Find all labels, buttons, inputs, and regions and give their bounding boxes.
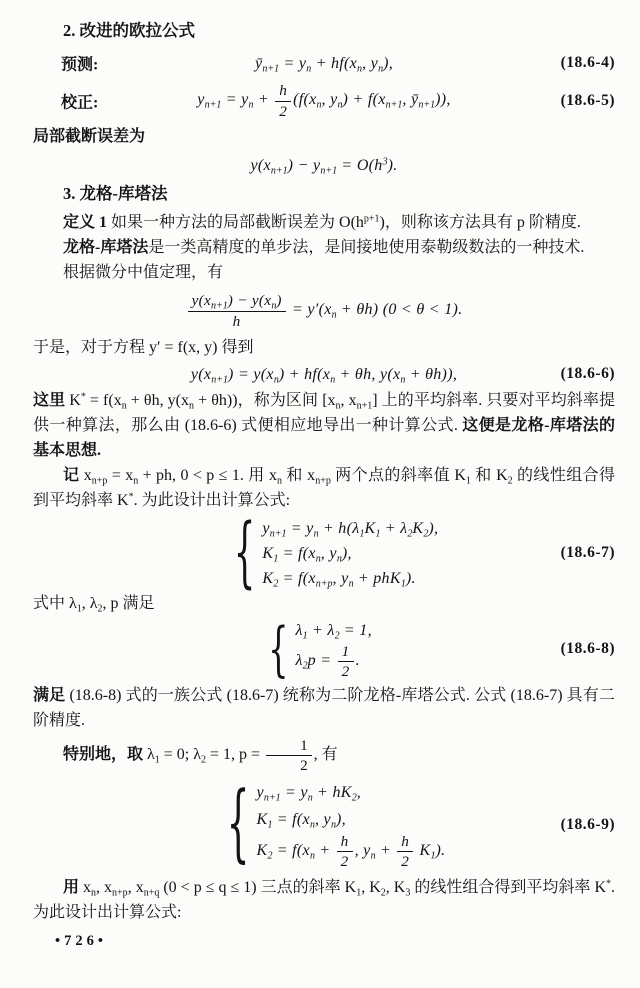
paragraph-mean-value-theorem: 根据微分中值定理，有 bbox=[33, 260, 615, 285]
runge-kutta-intro-text: 是一类高精度的单步法，是间接地使用泰勒级数法的一种技术. bbox=[148, 239, 584, 256]
paragraph-special-case: 特别地，取 λ1 = 0; λ2 = 1, p = 12, 有 bbox=[33, 737, 615, 775]
formula-mean-value: y(xn+1) − y(xn)h = y′(xn + θh) (0 < θ < … bbox=[186, 292, 463, 330]
cases-18-6-9: { yn+1 = yn + hK2, K1 = f(xn, yn), K2 = … bbox=[227, 779, 446, 871]
paragraph-second-order: 满足 (18.6-8) 式的一族公式 (18.6-7) 统称为二阶龙格-库塔公式… bbox=[33, 683, 615, 733]
formula-18-6-7-line1: yn+1 = yn + h(λ1K1 + λ2K2), bbox=[262, 516, 438, 541]
formula-18-6-9-line3: K2 = f(xn + h2, yn + h2 K1). bbox=[256, 833, 445, 871]
case-lines-18-6-8: λ1 + λ2 = 1, λ2p = 12. bbox=[295, 618, 371, 681]
book-page: 2. 改进的欧拉公式 预测: ȳn+1 = yn + hf(xn, yn), (… bbox=[0, 0, 640, 988]
runge-kutta-term: 龙格-库塔法 bbox=[63, 239, 148, 256]
formula-row-predict: 预测: ȳn+1 = yn + hf(xn, yn), (18.6-4) bbox=[33, 48, 615, 78]
formula-18-6-9-line1: yn+1 = yn + hK2, bbox=[256, 779, 445, 806]
formula-18-6-9-line2: K1 = f(xn, yn), bbox=[256, 806, 445, 833]
equation-tag-18-6-7: (18.6-7) bbox=[561, 544, 615, 562]
display-truncation-error: y(xn+1) − yn+1 = O(h3). bbox=[33, 151, 615, 179]
second-order-text: (18.6-8) 式的一族公式 (18.6-7) 统称为二阶龙格-库塔公式. 公… bbox=[33, 687, 615, 729]
equation-tag-18-6-9: (18.6-9) bbox=[561, 816, 615, 834]
paragraph-runge-kutta-intro: 龙格-库塔法是一类高精度的单步法，是间接地使用泰勒级数法的一种技术. bbox=[33, 235, 615, 260]
paragraph-three-point-slope: 用 xn, xn+p, xn+q (0 < p ≤ q ≤ 1) 三点的斜率 K… bbox=[33, 875, 615, 925]
cases-18-6-7: { yn+1 = yn + h(λ1K1 + λ2K2), K1 = f(xn,… bbox=[234, 516, 439, 591]
formula-18-6-7-line2: K1 = f(xn, yn), bbox=[262, 541, 438, 566]
case-lines-18-6-7: yn+1 = yn + h(λ1K1 + λ2K2), K1 = f(xn, y… bbox=[262, 516, 438, 591]
system-18-6-7: { yn+1 = yn + h(λ1K1 + λ2K2), K1 = f(xn,… bbox=[33, 515, 615, 591]
special-case-lead: 特别地，取 bbox=[63, 746, 143, 763]
cases-18-6-8: { λ1 + λ2 = 1, λ2p = 12. bbox=[268, 618, 372, 681]
formula-truncation-error: y(xn+1) − yn+1 = O(h3). bbox=[250, 153, 397, 178]
system-18-6-9: { yn+1 = yn + hK2, K1 = f(xn, yn), K2 = … bbox=[33, 779, 615, 871]
formula-18-6-8-line1: λ1 + λ2 = 1, bbox=[295, 618, 371, 643]
paragraph-lambda-condition: 式中 λ1, λ2, p 满足 bbox=[33, 591, 615, 616]
left-brace-icon: { bbox=[227, 783, 250, 868]
paragraph-average-slope: 这里 K* = f(xn + θh, y(xn + θh))，称为区间 [xn,… bbox=[33, 388, 615, 463]
display-mean-value: y(xn+1) − y(xn)h = y′(xn + θh) (0 < θ < … bbox=[33, 287, 615, 335]
system-18-6-8: { λ1 + λ2 = 1, λ2p = 12. (18.6-8) bbox=[33, 618, 615, 681]
definition-1-text: 如果一种方法的局部截断误差为 O(hp+1)，则称该方法具有 p 阶精度. bbox=[107, 214, 581, 231]
paragraph-thus-equation: 于是，对于方程 y′ = f(x, y) 得到 bbox=[33, 335, 615, 360]
equation-tag-18-6-5: (18.6-5) bbox=[561, 92, 615, 110]
second-order-lead: 满足 bbox=[33, 687, 65, 704]
formula-18-6-5: yn+1 = yn + h2(f(xn, yn) + f(xn+1, ȳn+1)… bbox=[197, 82, 450, 120]
truncation-error-text: 局部截断误差为 bbox=[33, 128, 145, 145]
equation-tag-18-6-8: (18.6-8) bbox=[561, 640, 615, 658]
definition-1-label: 定义 1 bbox=[63, 214, 107, 231]
equation-tag-18-6-4: (18.6-4) bbox=[561, 54, 615, 72]
average-slope-lead: 这里 bbox=[33, 392, 65, 409]
paragraph-two-point-slope: 记 xn+p = xn + ph, 0 < p ≤ 1. 用 xn 和 xn+p… bbox=[33, 463, 615, 513]
three-point-lead: 用 bbox=[63, 879, 79, 896]
formula-18-6-7-line3: K2 = f(xn+p, yn + phK1). bbox=[262, 566, 438, 591]
left-brace-icon: { bbox=[234, 515, 256, 592]
section-heading-improved-euler: 2. 改进的欧拉公式 bbox=[33, 18, 615, 44]
formula-row-correct: 校正: yn+1 = yn + h2(f(xn, yn) + f(xn+1, ȳ… bbox=[33, 80, 615, 122]
equation-tag-18-6-6: (18.6-6) bbox=[561, 365, 615, 383]
page-number: •726• bbox=[33, 933, 615, 950]
formula-18-6-4: ȳn+1 = yn + hf(xn, yn), bbox=[255, 51, 393, 76]
case-lines-18-6-9: yn+1 = yn + hK2, K1 = f(xn, yn), K2 = f(… bbox=[256, 779, 445, 871]
paragraph-truncation-error: 局部截断误差为 bbox=[33, 124, 615, 149]
two-point-lead: 记 bbox=[63, 467, 79, 484]
display-18-6-6: y(xn+1) = y(xn) + hf(xn + θh, y(xn + θh)… bbox=[33, 360, 615, 388]
formula-18-6-8-line2: λ2p = 12. bbox=[295, 643, 371, 681]
three-point-text: xn, xn+p, xn+q (0 < p ≤ q ≤ 1) 三点的斜率 K1,… bbox=[33, 879, 615, 921]
paragraph-definition-1: 定义 1 如果一种方法的局部截断误差为 O(hp+1)，则称该方法具有 p 阶精… bbox=[33, 210, 615, 235]
section-heading-runge-kutta: 3. 龙格-库塔法 bbox=[33, 181, 615, 207]
formula-18-6-6: y(xn+1) = y(xn) + hf(xn + θh, y(xn + θh)… bbox=[191, 362, 457, 387]
left-brace-icon: { bbox=[268, 620, 288, 679]
two-point-text: xn+p = xn + ph, 0 < p ≤ 1. 用 xn 和 xn+p 两… bbox=[33, 467, 615, 509]
correct-label: 校正: bbox=[61, 90, 98, 113]
special-case-text: λ1 = 0; λ2 = 1, p = 12, 有 bbox=[143, 746, 338, 763]
predict-label: 预测: bbox=[61, 52, 98, 75]
